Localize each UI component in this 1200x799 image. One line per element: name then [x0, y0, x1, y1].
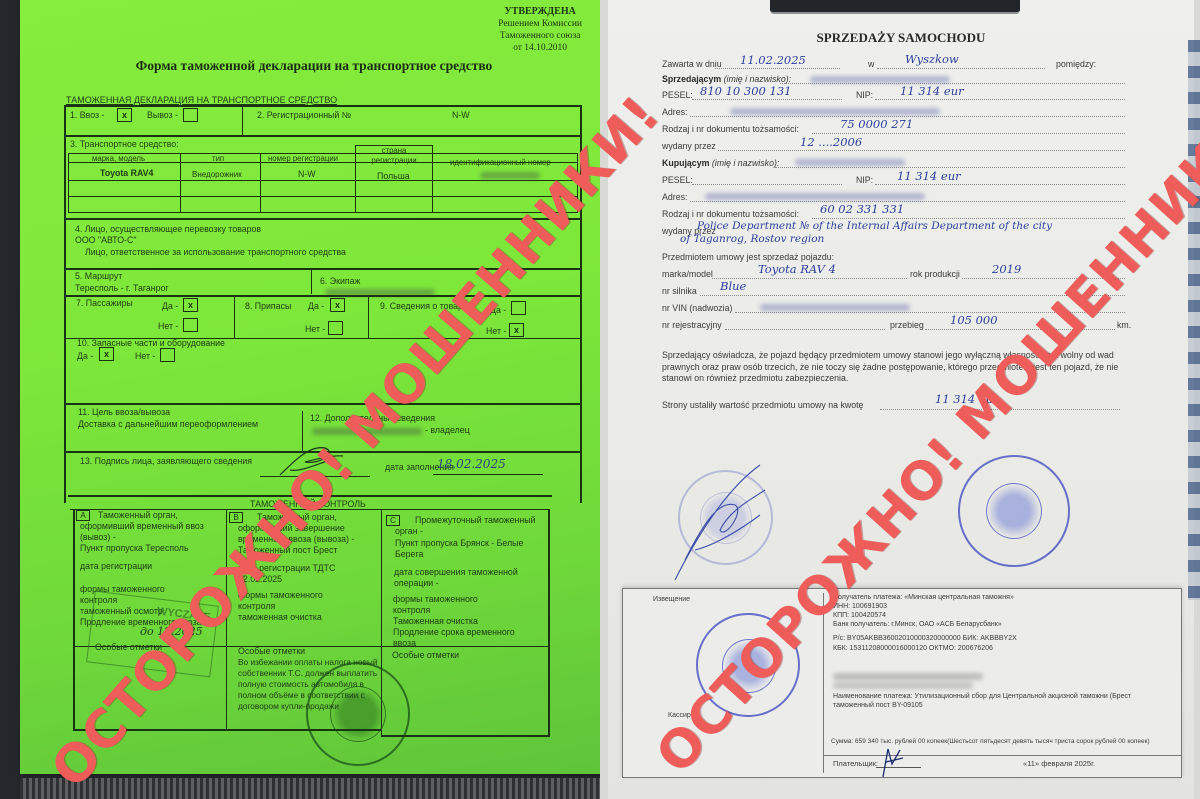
- buyer-nip-label: NIP:: [856, 175, 873, 186]
- seller-pesel-label: PESEL:: [662, 90, 693, 101]
- background-edge: [1188, 40, 1200, 600]
- section-b-notes-label: Особые отметки: [238, 646, 305, 657]
- frame-line: [234, 296, 235, 338]
- payer-signature: [878, 744, 908, 779]
- redacted-payer-address: [833, 682, 973, 689]
- seller-issued-value: 12 ....2006: [800, 135, 862, 149]
- section-c-line: Берега: [395, 549, 423, 560]
- field8-yes-label: Да -: [308, 301, 324, 312]
- spare-parts-no-checkbox[interactable]: [160, 348, 175, 362]
- section-b-letter: B: [229, 512, 243, 523]
- mileage-label: przebieg: [890, 320, 924, 331]
- section-a-letter: A: [76, 510, 90, 521]
- section-c-line: формы таможенного: [393, 594, 478, 605]
- section-c-line: Таможенная очистка: [393, 616, 478, 627]
- field13-label: 13. Подпись лица, заявляющего сведения: [80, 456, 252, 467]
- receipt-payment-purpose: Наименование платежа: Утилизационный сбо…: [833, 692, 1173, 710]
- contract-value-label: Strony ustaliły wartość przedmiotu umowy…: [662, 400, 863, 411]
- receipt-kbk: КБК: 15311208000016000120 ОКТМО: 2006762…: [833, 644, 993, 653]
- vin-label: nr VIN (nadwozia): [662, 303, 732, 314]
- goods-no-checkbox[interactable]: x: [509, 323, 524, 337]
- frame-line: [64, 403, 580, 405]
- field4-sublabel: Лицо, ответственное за использование тра…: [85, 247, 346, 258]
- approval-heading: УТВЕРЖДЕНА: [498, 6, 582, 18]
- section-c-line: контроля: [393, 605, 430, 616]
- dotted-line: [875, 184, 1125, 185]
- receipt-account: Р/с: BY05AKBB36002010000320000000 БИК: A…: [833, 634, 1017, 643]
- field11-label: 11. Цель ввоза/вывоза: [78, 407, 170, 418]
- fill-date-value: 18.02.2025: [437, 457, 506, 471]
- section-a-line: (вывоз) -: [80, 532, 116, 543]
- dotted-line: [718, 150, 1125, 151]
- frame-line: [64, 105, 580, 107]
- supplies-yes-checkbox[interactable]: x: [330, 298, 345, 312]
- buyer-pesel-label: PESEL:: [662, 175, 693, 186]
- field1-import-label: 1. Ввоз -: [70, 110, 104, 121]
- seller-signature: [665, 460, 775, 590]
- concluded-label: Zawarta w dniu: [662, 59, 722, 70]
- stamp-emblem: [330, 686, 386, 742]
- passengers-yes-checkbox[interactable]: x: [183, 298, 198, 312]
- redacted-buyer-address: [705, 193, 925, 200]
- dotted-line: [877, 68, 1045, 69]
- field8-label: 8. Припасы: [245, 301, 291, 312]
- seller-heading: Sprzedającym: [662, 74, 721, 84]
- frame-line: [548, 509, 550, 737]
- column-header-make-model: марка, модель: [92, 153, 145, 164]
- buyer-label: Kupującym (imię i nazwisko):: [662, 158, 779, 169]
- declaration-title: Форма таможенной декларации на транспорт…: [20, 58, 608, 74]
- redacted-payer: [833, 673, 983, 680]
- seller-pesel-value: 810 10 300 131: [700, 84, 791, 98]
- field5-label: 5. Маршрут: [75, 271, 122, 282]
- frame-line: [311, 268, 312, 294]
- buyer-heading: Kupującym: [662, 158, 709, 168]
- approval-date: от 14.10.2010: [498, 42, 582, 54]
- buyer-hint: (imię i nazwisko):: [712, 158, 779, 168]
- column-header-reg-number: номер регистрации: [268, 153, 338, 164]
- buyer-id-doc-label: Rodzaj i nr dokumentu tożsamości:: [662, 209, 799, 220]
- column-header-vin: идентификационный номер: [450, 157, 551, 168]
- owner-value: - владелец: [425, 425, 470, 436]
- vehicle-type: Внедорожник: [192, 169, 242, 180]
- section-c-line: дата совершения таможенной: [394, 567, 518, 578]
- stamp-emblem: [986, 483, 1042, 539]
- between-label: pomiędzy:: [1056, 59, 1096, 70]
- field6-label: 6. Экипаж: [320, 276, 360, 287]
- dotted-line: [875, 99, 1125, 100]
- registration-label: nr rejestracyjny: [662, 320, 722, 331]
- section-a-line: оформивший временный ввоз: [80, 521, 204, 532]
- section-c-line: ввоза: [393, 638, 416, 649]
- seller-address-label: Adres:: [662, 107, 687, 118]
- dotted-line: [715, 68, 840, 69]
- frame-line: [64, 218, 580, 220]
- plastic-sleeve-edge: [20, 778, 600, 799]
- spare-parts-yes-checkbox[interactable]: x: [99, 347, 114, 361]
- dotted-line: [812, 133, 1125, 134]
- export-checkbox[interactable]: [183, 108, 198, 122]
- field4-label: 4. Лицо, осуществляющее перевозку товаро…: [75, 224, 261, 235]
- field7-no-label: Нет -: [158, 321, 178, 332]
- field1-export-label: Вывоз -: [147, 110, 178, 121]
- redacted-vin: [480, 172, 540, 179]
- dotted-line: [775, 167, 1125, 168]
- buyer-issued-value-line1: Police Department № of the Internal Affa…: [697, 220, 1052, 232]
- buyer-id-doc-value: 60 02 331 331: [820, 202, 904, 216]
- section-c-line: Продление срока временного: [393, 627, 515, 638]
- section-c-line: операции -: [394, 578, 439, 589]
- customs-round-stamp-left: [306, 662, 410, 766]
- column-header-reg-country: страна регистрации: [359, 146, 429, 166]
- frame-line: [64, 135, 580, 137]
- section-c-line: орган -: [395, 526, 423, 537]
- seller-id-doc-label: Rodzaj i nr dokumentu tożsamości:: [662, 124, 799, 135]
- vehicle-make-model: Toyota RAV4: [100, 168, 153, 179]
- section-c-notes-label: Особые отметки: [392, 650, 459, 661]
- receipt-bank: Банк получатель: г.Минск, ОАО «АСБ Белар…: [833, 620, 1002, 629]
- dotted-line: [692, 99, 842, 100]
- belarus-customs-stamp-right: [958, 455, 1070, 567]
- carrier-value: ООО "АВТО-С": [75, 235, 136, 246]
- frame-line: [368, 296, 369, 338]
- place-value: Wyszkow: [905, 52, 959, 66]
- redacted-seller-name: [810, 76, 950, 83]
- passengers-no-checkbox[interactable]: [183, 318, 198, 332]
- seller-nip-label: NIP:: [856, 90, 873, 101]
- frame-line: [64, 105, 66, 503]
- receipt-payer-label: Плательщик:: [833, 759, 878, 768]
- field3-label: 3. Транспортное средство:: [70, 139, 179, 150]
- field10-no-label: Нет -: [135, 351, 155, 362]
- frame-line: [73, 509, 75, 729]
- approval-note: УТВЕРЖДЕНА Решением Комиссии Таможенного…: [498, 6, 582, 54]
- dotted-line: [725, 329, 885, 330]
- mileage-unit: km.: [1117, 320, 1131, 331]
- date-line: [433, 474, 543, 475]
- make-model-value: Toyota RAV 4: [758, 262, 836, 276]
- route-value: Тересполь - г. Таганрог: [75, 283, 169, 294]
- year-label: rok produkcji: [910, 269, 960, 280]
- dotted-line: [692, 184, 842, 185]
- field7-yes-label: Да -: [162, 301, 178, 312]
- section-a-line: дата регистрации: [80, 561, 152, 572]
- registration-number-value: N-W: [452, 110, 470, 121]
- contract-title: SPRZEDAŻY SAMOCHODU: [608, 30, 1194, 46]
- buyer-nip-value: 11 314 eur: [897, 169, 961, 183]
- buyer-address-label: Adres:: [662, 192, 687, 203]
- make-model-label: marka/model: [662, 269, 713, 280]
- section-c-letter: C: [386, 515, 400, 526]
- frame-line: [242, 105, 243, 135]
- vehicle-reg-number: N-W: [298, 169, 316, 180]
- vehicle-reg-country: Польша: [377, 171, 410, 182]
- buyer-issued-value-line2: of Taganrog, Rostov region: [680, 233, 824, 245]
- field8-no-label: Нет -: [305, 324, 325, 335]
- receipt-date: «11» февраля 2025г.: [1023, 759, 1095, 768]
- year-value: 2019: [992, 262, 1021, 276]
- seller-nip-value: 11 314 eur: [900, 84, 964, 98]
- mileage-value: 105 000: [950, 313, 998, 327]
- dotted-line: [812, 218, 1125, 219]
- redacted-vin: [760, 304, 910, 311]
- section-b-line: таможенная очистка: [238, 612, 322, 623]
- section-c-line: Промежуточный таможенный: [415, 515, 535, 526]
- frame-line: [381, 735, 549, 737]
- in-label: w: [868, 59, 874, 70]
- approval-line: Таможенного союза: [498, 30, 582, 42]
- section-c-line: Пункт пропуска Брянск - Белые: [395, 538, 523, 549]
- field7-label: 7. Пассажиры: [76, 298, 133, 309]
- section-a-line: Таможенный орган,: [98, 510, 178, 521]
- field2-label: 2. Регистрационный №: [257, 110, 351, 121]
- concluded-date: 11.02.2025: [740, 53, 806, 67]
- receipt-notice-label: Извещение: [653, 595, 690, 604]
- field10-yes-label: Да -: [77, 351, 93, 362]
- dotted-line: [690, 201, 1125, 202]
- engine-label: nr silnika: [662, 286, 697, 297]
- purpose-value: Доставка с дальнейшим переоформлением: [78, 419, 258, 430]
- approval-line: Решением Комиссии: [498, 18, 582, 30]
- supplies-no-checkbox[interactable]: [328, 321, 343, 335]
- column-header-type: тип: [212, 153, 224, 164]
- receipt-line: [823, 755, 1181, 756]
- seller-issued-label: wydany przez: [662, 141, 716, 152]
- redacted-buyer-name: [795, 159, 905, 166]
- import-checkbox[interactable]: x: [117, 108, 132, 122]
- engine-value: Blue: [720, 279, 746, 293]
- seller-id-doc-value: 75 0000 271: [840, 117, 913, 131]
- redacted-seller-address: [730, 108, 940, 115]
- clipboard-clip: [770, 0, 1020, 14]
- section-a-line: Пункт пропуска Тересполь: [80, 543, 189, 554]
